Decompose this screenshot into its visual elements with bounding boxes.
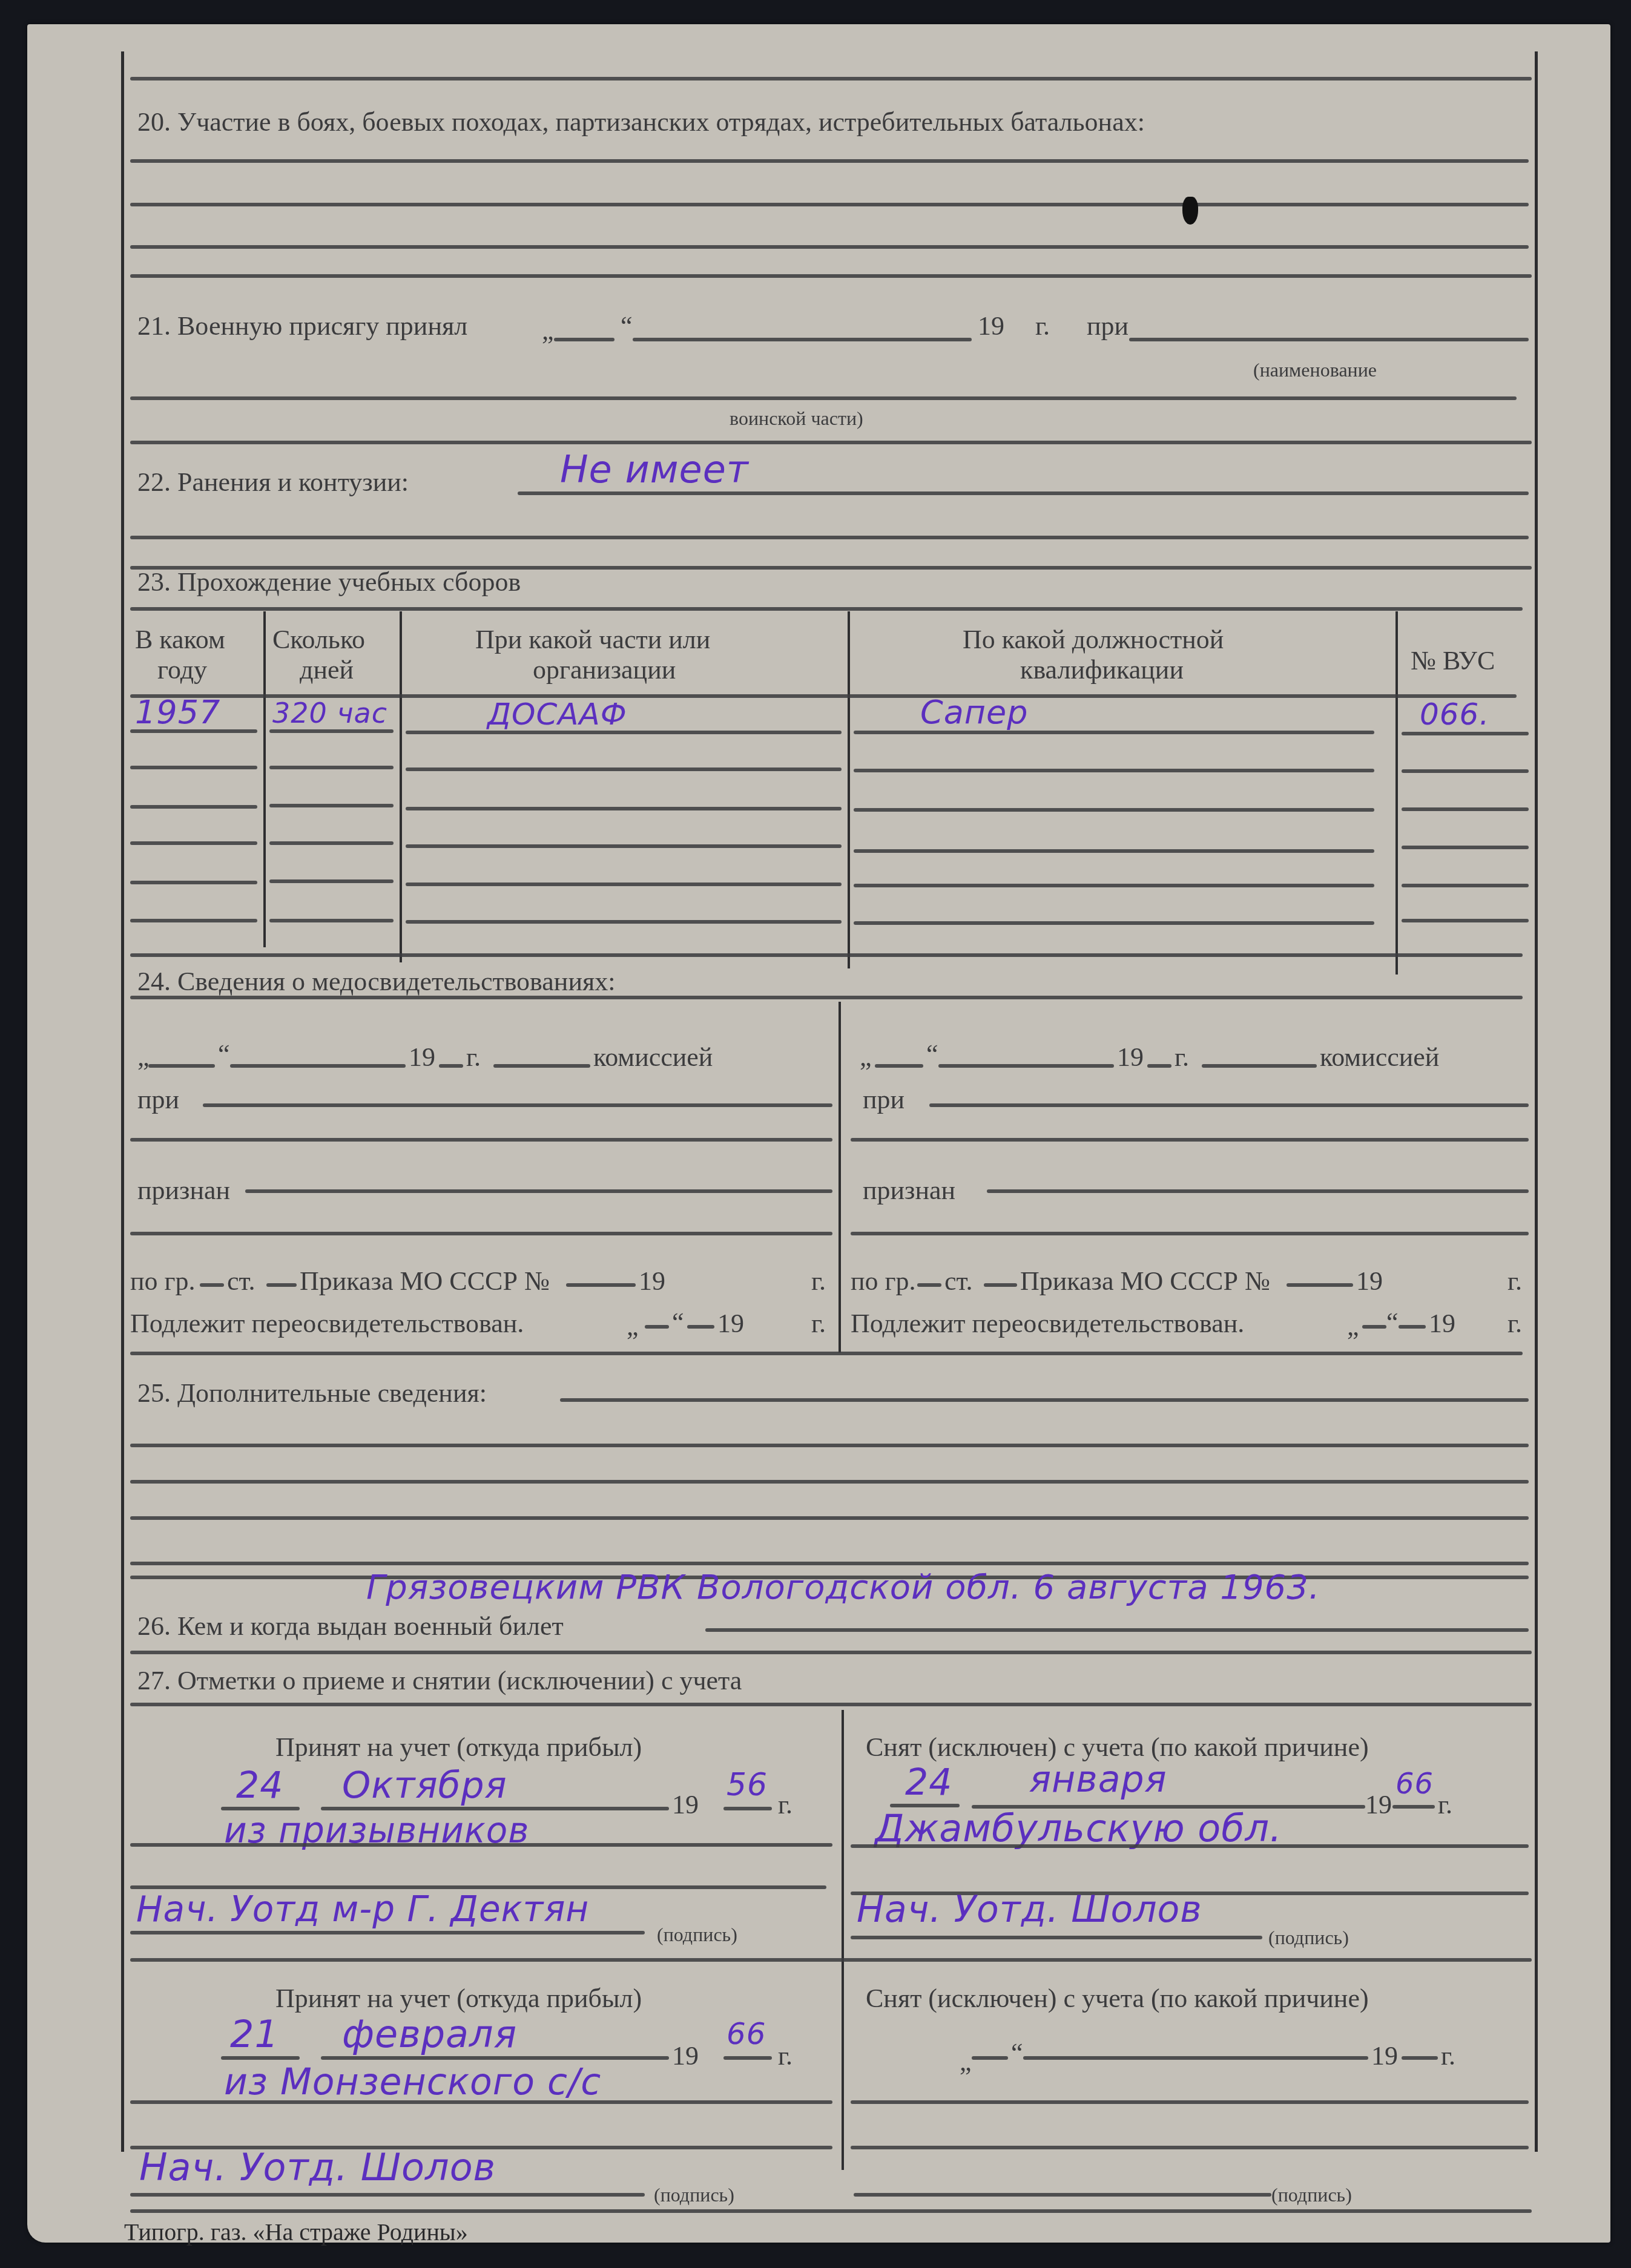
year-line (1147, 1064, 1171, 1068)
section-22-label: 22. Ранения и контузии: (137, 469, 409, 496)
divider (130, 607, 1523, 611)
column-divider (400, 611, 402, 962)
commission-label: комиссией (593, 1044, 713, 1071)
cell-vus: 066. (1420, 699, 1489, 729)
unit-line (130, 396, 1517, 400)
st-label: ст. (944, 1268, 972, 1295)
divider (130, 1703, 1532, 1706)
year-prefix: 19 (409, 1044, 435, 1071)
section-24-label: 24. Сведения о медосвидетельствованиях: (137, 968, 615, 995)
divider (130, 2209, 1532, 2213)
cell-days: 320 час (272, 699, 387, 727)
year-suffix: г. (466, 1044, 481, 1071)
cell-qualification: Сапер (920, 696, 1029, 729)
entry-year: 56 (727, 1769, 768, 1801)
entry-month: февраля (342, 2016, 517, 2053)
divider (130, 1651, 1532, 1654)
quote-mark: “ (218, 1041, 230, 1068)
quote-mark: „ (137, 1044, 150, 1071)
column-divider (848, 611, 850, 968)
entry-line (130, 1138, 832, 1142)
entry-line (987, 1189, 1529, 1193)
entry-day: 21 (230, 2016, 279, 2053)
section-26-label: 26. Кем и когда выдан военный билет (137, 1613, 564, 1640)
col-header-unit: организации (533, 657, 676, 683)
quote-mark: “ (621, 313, 633, 340)
unit-note: (наименование (1253, 360, 1377, 380)
col-header-days: Сколько (272, 626, 365, 653)
entry-reason: Джамбульскую обл. (875, 1810, 1282, 1847)
signature-label: (подпись) (657, 1925, 737, 1944)
entry-line (130, 159, 1529, 163)
year-line (439, 1064, 463, 1068)
day-line (148, 1064, 215, 1068)
at-label: при (137, 1086, 179, 1113)
entry-line (518, 491, 1529, 495)
signature-label: (подпись) (654, 2185, 734, 2204)
day-line (875, 1064, 923, 1068)
entry-line (851, 1138, 1529, 1142)
entry-line (130, 1562, 1529, 1565)
col-header-year: В каком (135, 626, 225, 653)
col-header-vus: № ВУС (1411, 648, 1495, 674)
entry-day: 24 (905, 1764, 952, 1801)
cell-unit: ДОСААФ (487, 699, 627, 729)
section-23-label: 23. Прохождение учебных сборов (137, 569, 521, 596)
section-20-label: 20. Участие в боях, боевых походах, парт… (137, 109, 1145, 136)
accepted-header: Принят на учет (откуда прибыл) (275, 1985, 642, 2012)
reexam-label: Подлежит переосвидетельствован. (851, 1310, 1244, 1337)
column-divider (842, 1710, 844, 2170)
entry-month: января (1029, 1761, 1167, 1798)
divider (130, 77, 1532, 81)
st-label: ст. (227, 1268, 255, 1295)
divider (130, 441, 1532, 444)
recognized-label: признан (863, 1177, 955, 1204)
section-21-label: 21. Военную присягу принял (137, 313, 467, 340)
wounds-value: Не имеет (560, 451, 749, 488)
signature: Нач. Уотд м-р Г. Дектян (136, 1892, 589, 1927)
section-27-label: 27. Отметки о приеме и снятии (исключени… (137, 1668, 742, 1694)
month-line (633, 338, 972, 341)
year-prefix: 19 (1117, 1044, 1144, 1071)
column-divider (263, 611, 266, 947)
at-label: при (1087, 313, 1129, 340)
entry-line (560, 1398, 1529, 1402)
po-gr-label: по гр. (130, 1268, 196, 1295)
section-25-label: 25. Дополнительные сведения: (137, 1380, 487, 1407)
entry-line (130, 1232, 832, 1235)
col-header-year: году (157, 657, 207, 683)
signature: Нач. Уотд. Шолов (139, 2149, 496, 2186)
col-header-qualification: квалификации (1020, 657, 1184, 683)
order-label: Приказа МО СССР № (1020, 1268, 1270, 1295)
reexam-label: Подлежит переосвидетельствован. (130, 1310, 524, 1337)
entry-line (130, 1444, 1529, 1447)
month-line (938, 1064, 1114, 1068)
entry-line (130, 203, 1529, 206)
entry-line (130, 536, 1529, 539)
form-frame: 20. Участие в боях, боевых походах, парт… (121, 51, 1538, 2152)
punch-hole (1182, 197, 1198, 225)
po-gr-label: по гр. (851, 1268, 916, 1295)
entry-line (929, 1103, 1529, 1107)
quote-mark: „ (860, 1044, 872, 1071)
entry-line (203, 1103, 832, 1107)
entry-line (851, 1232, 1529, 1235)
entry-day: 24 (236, 1767, 283, 1804)
entry-line (493, 1064, 590, 1068)
signature-label: (подпись) (1268, 1928, 1349, 1947)
month-line (230, 1064, 406, 1068)
year-suffix: г. (1175, 1044, 1189, 1071)
divider (130, 1958, 1532, 1962)
printer-credit: Типогр. газ. «На страже Родины» (124, 2220, 468, 2244)
quote-mark: “ (926, 1041, 938, 1068)
column-divider (1395, 611, 1398, 975)
year-prefix: 19 (978, 313, 1004, 340)
entry-line (130, 245, 1529, 249)
commission-label: комиссией (1320, 1044, 1439, 1071)
recognized-label: признан (137, 1177, 230, 1204)
entry-line (705, 1628, 1529, 1632)
issued-by-value: Грязовецким РВК Вологодской обл. 6 авгус… (366, 1571, 1320, 1605)
entry-year: 66 (727, 2019, 766, 2049)
removed-header: Снят (исключен) с учета (по какой причин… (866, 1734, 1369, 1761)
signature: Нач. Уотд. Шолов (857, 1892, 1202, 1928)
entry-month: Октября (342, 1767, 507, 1804)
at-label: при (863, 1086, 904, 1113)
accepted-header: Принят на учет (откуда прибыл) (275, 1734, 642, 1761)
col-header-unit: При какой части или (475, 626, 710, 653)
quote-mark: „ (542, 318, 554, 344)
entry-line (130, 1480, 1529, 1484)
divider (130, 953, 1523, 957)
day-line (554, 338, 615, 341)
entry-origin: из Монзенского с/с (224, 2064, 601, 2100)
signature-label: (подпись) (1271, 2185, 1352, 2204)
unit-line (1129, 338, 1529, 341)
divider (130, 274, 1532, 278)
divider (130, 996, 1523, 999)
column-divider (839, 1002, 841, 1353)
entry-line (1202, 1064, 1317, 1068)
cell-year: 1957 (135, 696, 220, 729)
col-header-qualification: По какой должностной (963, 626, 1224, 653)
removed-header: Снят (исключен) с учета (по какой причин… (866, 1985, 1369, 2012)
entry-line (245, 1189, 832, 1193)
entry-year: 66 (1395, 1769, 1434, 1798)
order-label: Приказа МО СССР № (300, 1268, 550, 1295)
year-suffix: г. (1035, 313, 1050, 340)
document-page: 20. Участие в боях, боевых походах, парт… (27, 24, 1610, 2243)
divider (130, 1352, 1523, 1355)
unit-note: воинской части) (730, 409, 863, 428)
col-header-days: дней (300, 657, 354, 683)
entry-line (130, 1516, 1529, 1520)
